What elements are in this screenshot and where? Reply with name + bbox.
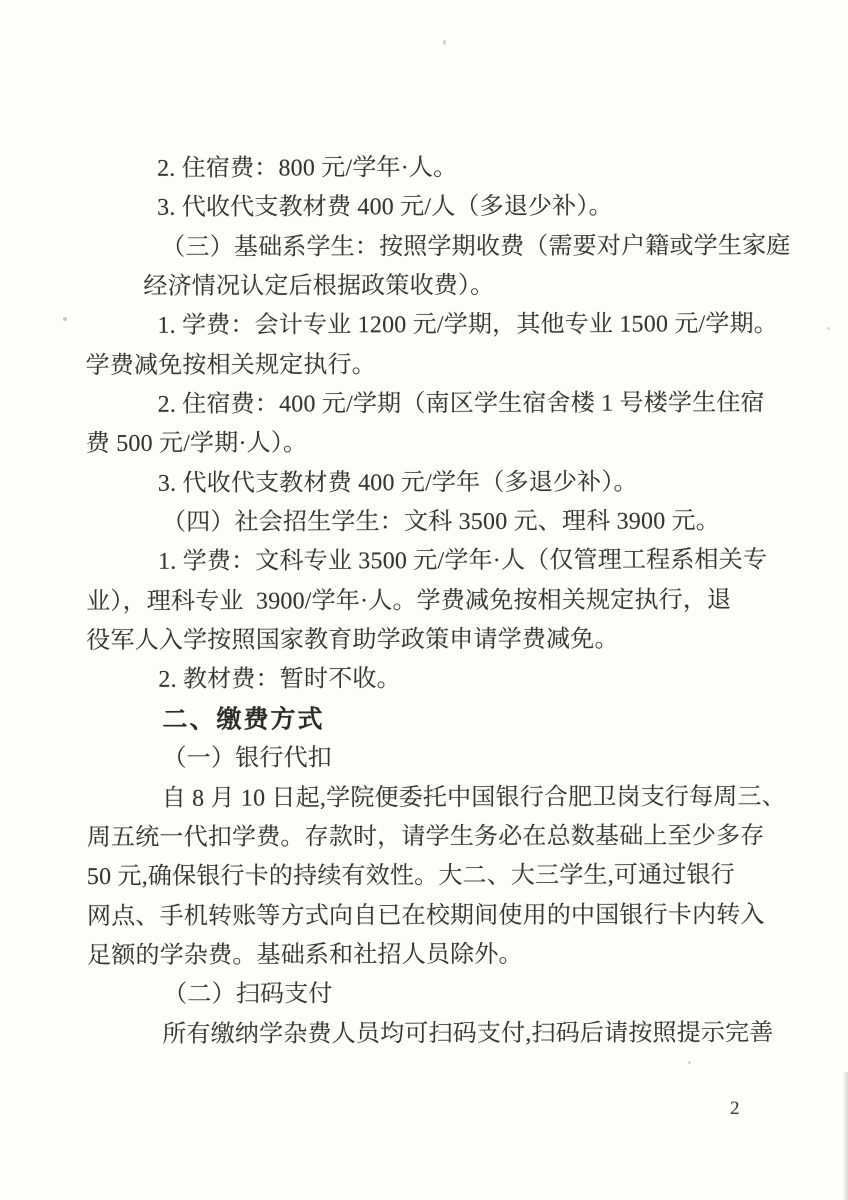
text-line: 役军人入学按照国家教育助学政策申请学费减免。	[86, 620, 786, 661]
text-line: 费 500 元/学期·人）。	[86, 424, 786, 465]
document-body: 2. 住宿费：800 元/学年·人。3. 代收代支教材费 400 元/人（多退少…	[85, 148, 787, 1055]
scan-artifact-speck	[688, 1061, 691, 1064]
text-line: 50 元,确保银行卡的持续有效性。大二、大三学生,可通过银行	[87, 856, 787, 897]
text-line: （一）银行代扣	[87, 738, 787, 779]
text-line: 自 8 月 10 日起,学院便委托中国银行合肥卫岗支行每周三、	[87, 778, 787, 819]
text-line: 经济情况认定后根据政策收费）。	[85, 266, 785, 307]
page-number: 2	[730, 1098, 740, 1120]
text-line: 3. 代收代支教材费 400 元/人（多退少补）。	[85, 188, 785, 229]
text-line: 1. 学费：会计专业 1200 元/学期，其他专业 1500 元/学期。	[85, 306, 785, 347]
text-line: 周五统一代扣学费。存款时，请学生务必在总数基础上至少多存	[87, 817, 787, 858]
text-line: 1. 学费：文科专业 3500 元/学年·人（仅管理工程系相关专	[86, 542, 786, 583]
text-line: 学费减免按相关规定执行。	[86, 345, 786, 386]
text-line: 足额的学杂费。基础系和社招人员除外。	[87, 935, 787, 976]
scan-artifact-speck	[63, 317, 67, 321]
section-heading-line: 二、缴费方式	[86, 699, 786, 740]
text-line: 业），理科专业 3900/学年·人。学费减免按相关规定执行，退	[86, 581, 786, 622]
document-page: 2. 住宿费：800 元/学年·人。3. 代收代支教材费 400 元/人（多退少…	[0, 0, 848, 1200]
text-line: 3. 代收代支教材费 400 元/学年（多退少补）。	[86, 463, 786, 504]
text-line: 2. 教材费：暂时不收。	[86, 660, 786, 701]
text-line: 2. 住宿费：400 元/学期（南区学生宿舍楼 1 号楼学生住宿	[86, 384, 786, 425]
text-line: 2. 住宿费：800 元/学年·人。	[85, 148, 785, 189]
text-line: （二）扫码支付	[87, 974, 787, 1015]
scan-artifact-speck	[827, 327, 830, 330]
text-line: （三）基础系学生：按照学期收费（需要对户籍或学生家庭	[85, 227, 785, 268]
text-line: 网点、手机转账等方式向自已在校期间使用的中国银行卡内转入	[87, 896, 787, 937]
text-line: （四）社会招生学生：文科 3500 元、理科 3900 元。	[86, 502, 786, 543]
scan-artifact-page-edge-shadow	[842, 1072, 848, 1200]
text-line: 所有缴纳学杂费人员均可扫码支付,扫码后请按照提示完善	[87, 1014, 787, 1055]
scan-artifact-speck	[443, 40, 446, 45]
